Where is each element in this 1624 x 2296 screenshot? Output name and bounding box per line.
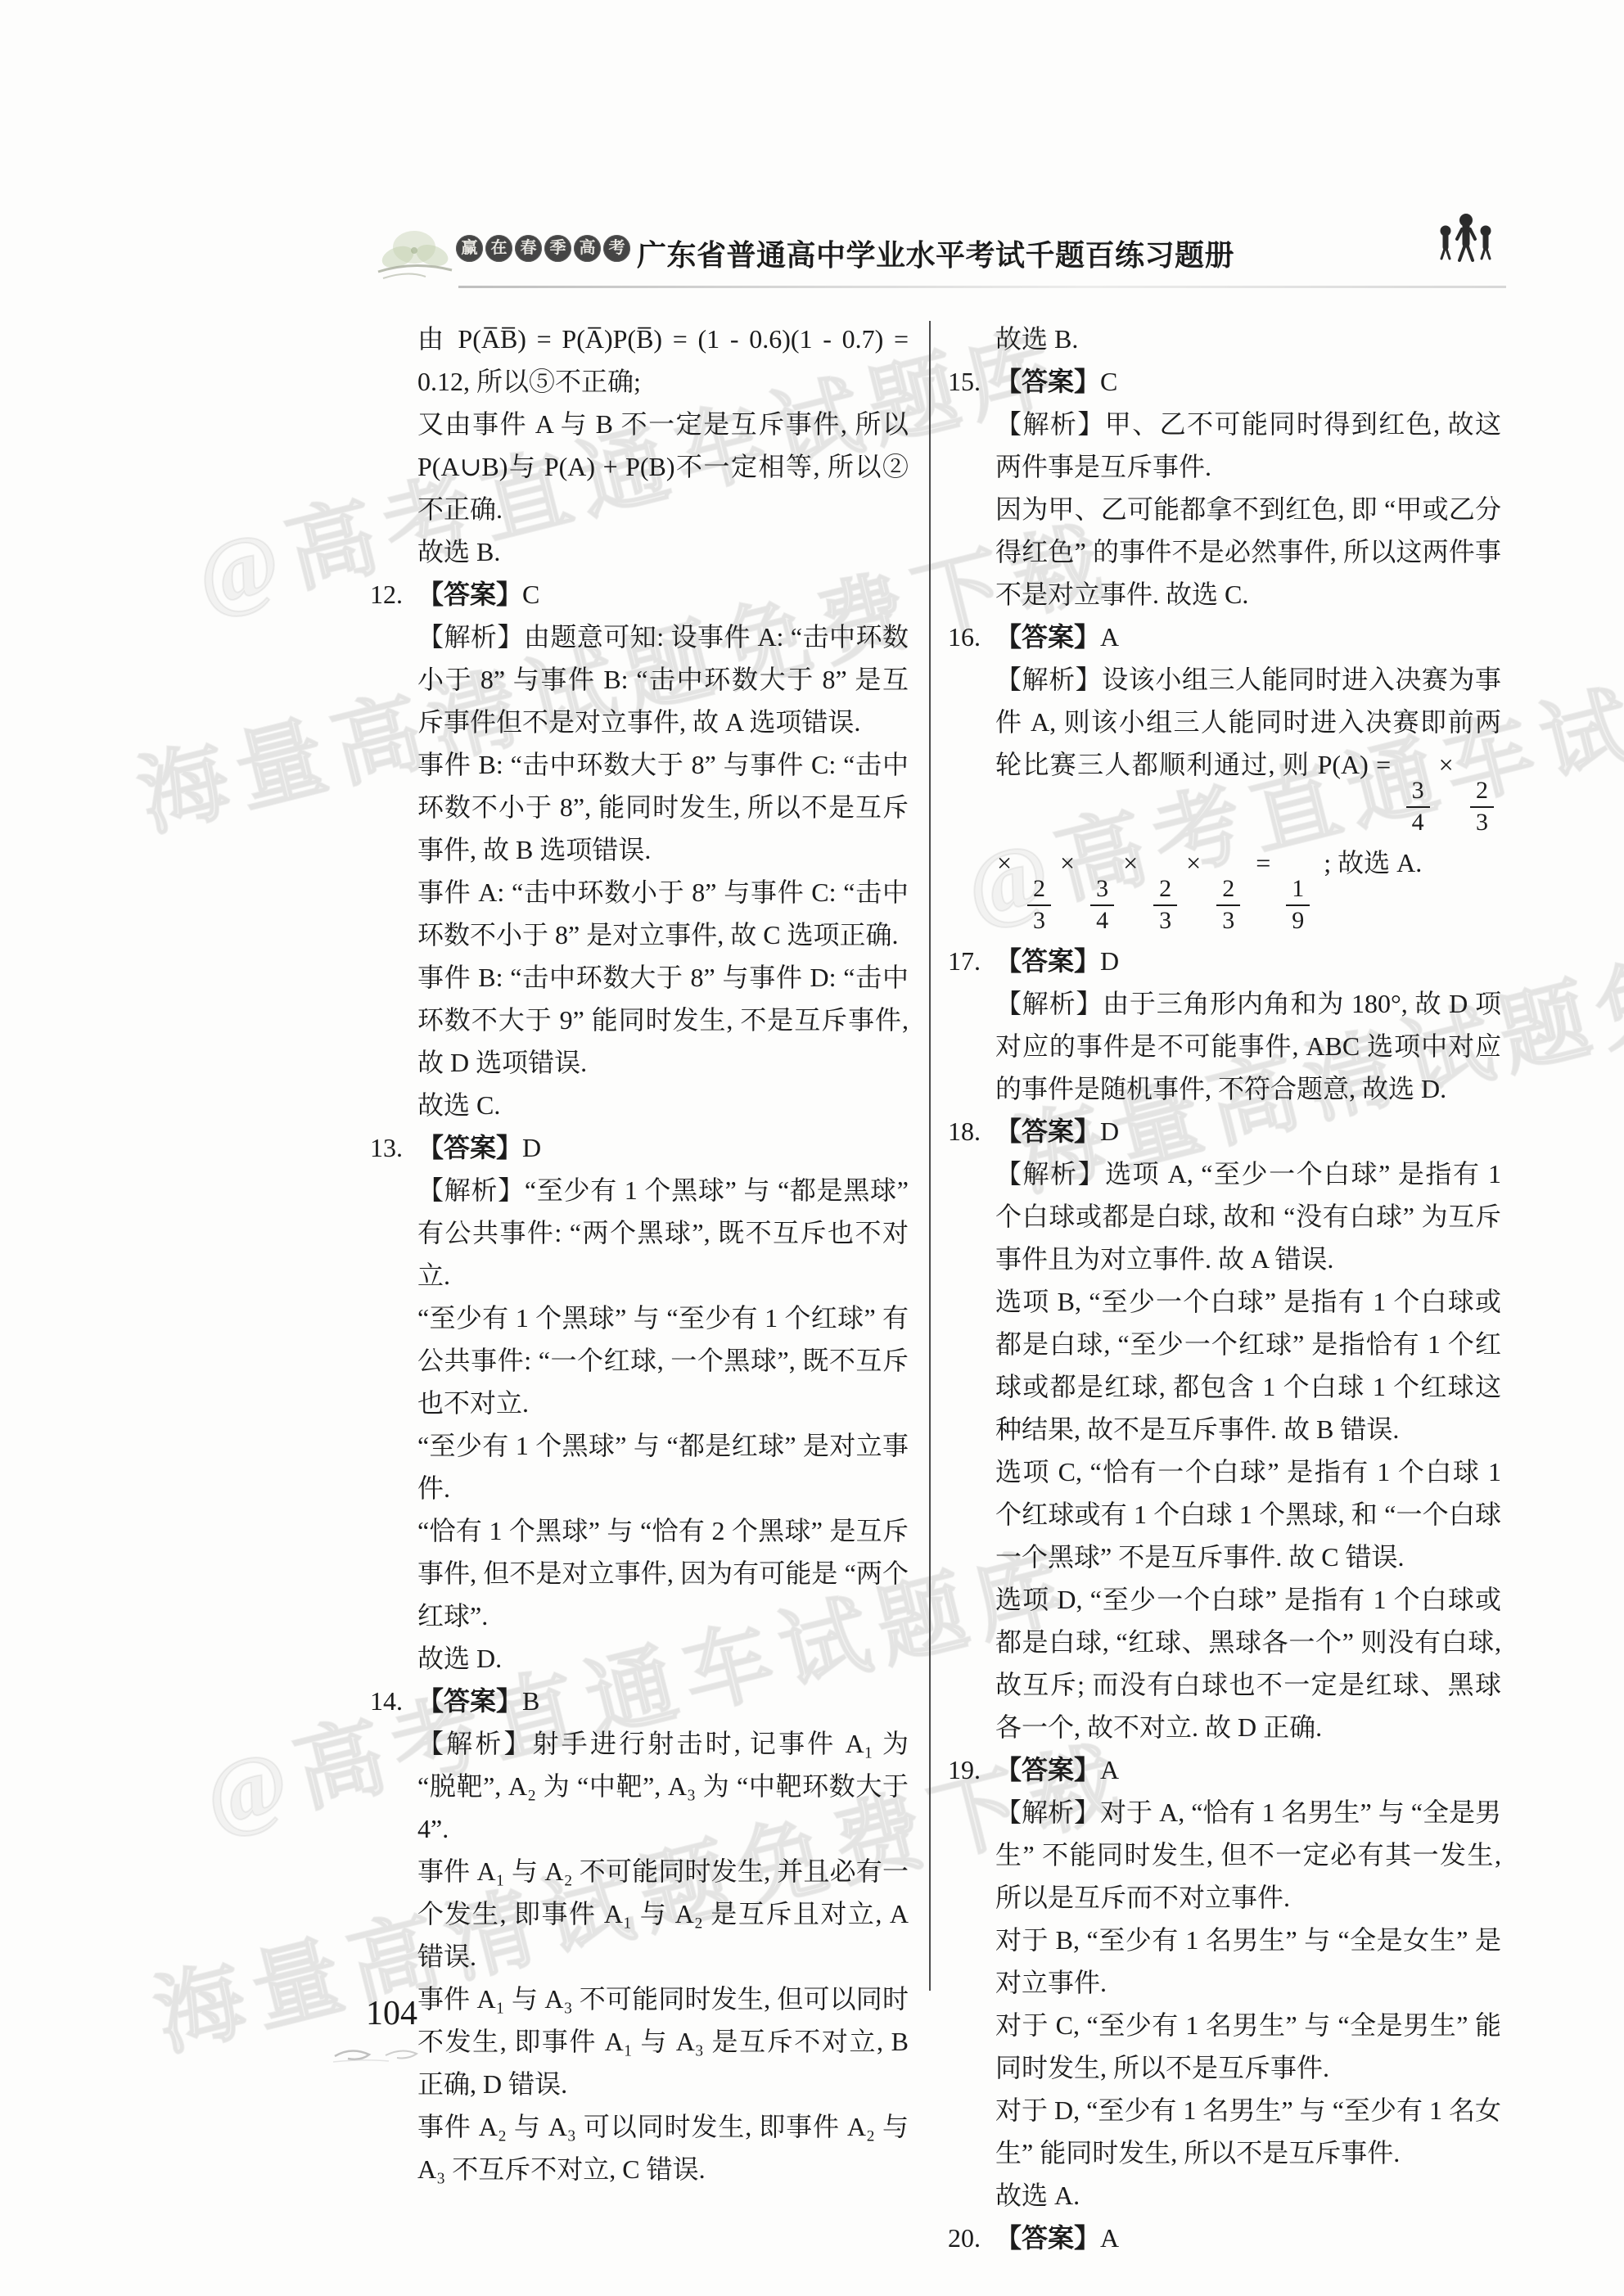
solution-line: “至少有 1 个黑球” 与 “都是红球” 是对立事件. [417, 1424, 909, 1509]
answer-line: 【答案】A [995, 616, 1501, 658]
page-title: 广东省普通高中学业水平考试千题百练习题册 [637, 232, 1234, 274]
answer-line: 【答案】D [995, 940, 1501, 982]
solution-line: 事件 B: “击中环数大于 8” 与事件 C: “击中环数不小于 8”, 能同时… [417, 743, 909, 871]
answer-label: 【答案】 [995, 2223, 1100, 2253]
solution-line: 事件 A₂ 与 A₃ 可以同时发生, 即事件 A₂ 与 A₃ 不互斥不对立, C… [417, 2105, 909, 2190]
runners-icon [1434, 213, 1498, 276]
solution-line: 【解析】射手进行射击时, 记事件 A₁ 为 “脱靶”, A₂ 为 “中靶”, A… [417, 1722, 909, 1850]
continued-solution-block: 由 P(A̅B̅) = P(A̅)P(B̅) = (1 - 0.6)(1 - 0… [370, 318, 909, 573]
solution-line: 对于 C, “至少有 1 名男生” 与 “全是男生” 能同时发生, 所以不是互斥… [995, 2004, 1501, 2089]
solution-line: 事件 A: “击中环数小于 8” 与事件 C: “击中环数不小于 8” 是对立事… [417, 871, 909, 956]
solution-line: 【解析】由于三角形内角和为 180°, 故 D 项对应的事件是不可能事件, AB… [995, 982, 1501, 1110]
fraction: 23 [1027, 875, 1051, 935]
solution-line: 【解析】选项 A, “至少一个白球” 是指有 1 个白球或都是白球, 故和 “没… [995, 1153, 1501, 1280]
question-block-20: 20. 【答案】A [948, 2217, 1501, 2259]
answer-value: D [1100, 1116, 1119, 1146]
solution-line: 选项 D, “至少一个白球” 是指有 1 个白球或都是白球, “红球、黑球各一个… [995, 1578, 1501, 1748]
solution-line: 故选 B. [417, 530, 909, 573]
answer-value: D [522, 1133, 541, 1162]
fraction: 34 [1090, 875, 1114, 935]
solution-line: 【解析】甲、乙不可能同时得到红色, 故这两件事是互斥事件. [995, 403, 1501, 488]
fraction: 23 [1216, 875, 1240, 935]
answer-label: 【答案】 [995, 1755, 1100, 1784]
series-badge: 在 [485, 235, 512, 262]
answer-value: C [522, 580, 539, 609]
column-divider [929, 321, 931, 1991]
fraction: 23 [1470, 777, 1494, 837]
answer-line: 【答案】B [417, 1680, 909, 1722]
answer-line: 【答案】D [417, 1126, 909, 1169]
answer-label: 【答案】 [417, 1686, 522, 1716]
series-badge: 季 [544, 235, 571, 262]
question-number: 16. [948, 616, 995, 658]
answer-line: 【答案】D [995, 1110, 1501, 1153]
question-number: 17. [948, 940, 995, 982]
answer-value: D [1100, 946, 1119, 976]
solution-line: 选项 B, “至少一个白球” 是指有 1 个白球或都是白球, “至少一个红球” … [995, 1280, 1501, 1450]
question-block-12: 12. 【答案】C 【解析】由题意可知: 设事件 A: “击中环数小于 8” 与… [370, 573, 909, 1126]
answer-label: 【答案】 [995, 1116, 1100, 1146]
answer-value: B [522, 1686, 539, 1716]
answer-label: 【答案】 [417, 1133, 522, 1162]
solution-line: 由 P(A̅B̅) = P(A̅)P(B̅) = (1 - 0.6)(1 - 0… [417, 318, 909, 403]
solution-line: 故选 A. [995, 2174, 1501, 2217]
answer-label: 【答案】 [417, 580, 522, 609]
solution-line: 故选 C. [417, 1084, 909, 1126]
series-badge: 春 [515, 235, 542, 262]
solution-line: 又由事件 A 与 B 不一定是互斥事件, 所以 P(A∪B)与 P(A) + P… [417, 403, 909, 530]
solution-line: “至少有 1 个黑球” 与 “至少有 1 个红球” 有公共事件: “一个红球, … [417, 1297, 909, 1424]
question-block-13: 13. 【答案】D 【解析】“至少有 1 个黑球” 与 “都是黑球” 有公共事件… [370, 1126, 909, 1680]
answers-column-left: 由 P(A̅B̅) = P(A̅)P(B̅) = (1 - 0.6)(1 - 0… [370, 318, 909, 2190]
answer-label: 【答案】 [995, 622, 1100, 652]
question-number: 15. [948, 360, 995, 403]
question-number: 12. [370, 573, 417, 616]
answer-line: 【答案】C [417, 573, 909, 616]
fraction: 34 [1406, 777, 1430, 837]
answer-label: 【答案】 [995, 946, 1100, 976]
continued-solution-block: 故选 B. [948, 318, 1501, 360]
series-badge: 赢 [456, 235, 483, 262]
answer-line: 【答案】A [995, 1748, 1501, 1791]
solution-line: 故选 B. [995, 318, 1501, 360]
solution-line: 【解析】对于 A, “恰有 1 名男生” 与 “全是男生” 不能同时发生, 但不… [995, 1791, 1501, 1919]
answer-line: 【答案】A [995, 2217, 1501, 2259]
question-number: 18. [948, 1110, 995, 1153]
solution-line: 事件 B: “击中环数大于 8” 与事件 D: “击中环数不大于 9” 能同时发… [417, 956, 909, 1084]
answer-label: 【答案】 [995, 367, 1100, 396]
question-block-17: 17. 【答案】D 【解析】由于三角形内角和为 180°, 故 D 项对应的事件… [948, 940, 1501, 1110]
answer-value: A [1100, 622, 1119, 652]
answer-value: C [1100, 367, 1117, 396]
solution-line: 因为甲、乙可能都拿不到红色, 即 “甲或乙分得红色” 的事件不是必然事件, 所以… [995, 488, 1501, 616]
question-block-15: 15. 【答案】C 【解析】甲、乙不可能同时得到红色, 故这两件事是互斥事件.因… [948, 360, 1501, 616]
solution-line-with-math: 【解析】设该小组三人能同时进入决赛为事件 A, 则该小组三人能同时进入决赛即前两… [995, 658, 1501, 940]
solution-line: 【解析】“至少有 1 个黑球” 与 “都是黑球” 有公共事件: “两个黑球”, … [417, 1169, 909, 1297]
solution-line: 事件 A₁ 与 A₂ 不可能同时发生, 并且必有一个发生, 即事件 A₁ 与 A… [417, 1850, 909, 1978]
question-block-14: 14. 【答案】B 【解析】射手进行射击时, 记事件 A₁ 为 “脱靶”, A₂… [370, 1680, 909, 2190]
answer-value: A [1100, 1755, 1119, 1784]
solution-line: 故选 D. [417, 1637, 909, 1680]
fraction: 23 [1153, 875, 1177, 935]
solution-line: 对于 B, “至少有 1 名男生” 与 “全是女生” 是对立事件. [995, 1919, 1501, 2004]
solution-line: “恰有 1 个黑球” 与 “恰有 2 个黑球” 是互斥事件, 但不是对立事件, … [417, 1509, 909, 1637]
question-block-16: 16. 【答案】A 【解析】设该小组三人能同时进入决赛为事件 A, 则该小组三人… [948, 616, 1501, 940]
question-number: 13. [370, 1126, 417, 1169]
series-badge-row: 赢在春季高考 [456, 235, 630, 262]
flower-logo-icon [367, 218, 463, 294]
question-number: 14. [370, 1680, 417, 1722]
solution-line: 选项 C, “恰有一个白球” 是指有 1 个白球 1 个红球或有 1 个白球 1… [995, 1450, 1501, 1578]
question-number: 20. [948, 2217, 995, 2259]
question-number: 19. [948, 1748, 995, 1791]
question-block-19: 19. 【答案】A 【解析】对于 A, “恰有 1 名男生” 与 “全是男生” … [948, 1748, 1501, 2217]
question-block-18: 18. 【答案】D 【解析】选项 A, “至少一个白球” 是指有 1 个白球或都… [948, 1110, 1501, 1748]
header-divider [458, 286, 1506, 288]
answer-line: 【答案】C [995, 360, 1501, 403]
footer-swoosh-icon [332, 2045, 438, 2070]
solution-line: 对于 D, “至少有 1 名男生” 与 “至少有 1 名女生” 能同时发生, 所… [995, 2089, 1501, 2174]
series-badge: 高 [574, 235, 601, 262]
solution-line: 【解析】由题意可知: 设事件 A: “击中环数小于 8” 与事件 B: “击中环… [417, 616, 909, 743]
series-badge: 考 [603, 235, 630, 262]
answers-column-right: 故选 B. 15. 【答案】C 【解析】甲、乙不可能同时得到红色, 故这两件事是… [948, 318, 1501, 2259]
page-number: 104 [366, 1994, 417, 2033]
answer-value: A [1100, 2223, 1119, 2253]
solution-line: 事件 A₁ 与 A₃ 不可能同时发生, 但可以同时不发生, 即事件 A₁ 与 A… [417, 1978, 909, 2105]
fraction: 19 [1286, 875, 1310, 935]
scanned-page: @高考直通车试题库 海量高清试题免费下载 @高考直通车试题库 海量高清试题免费下… [0, 0, 1624, 2296]
